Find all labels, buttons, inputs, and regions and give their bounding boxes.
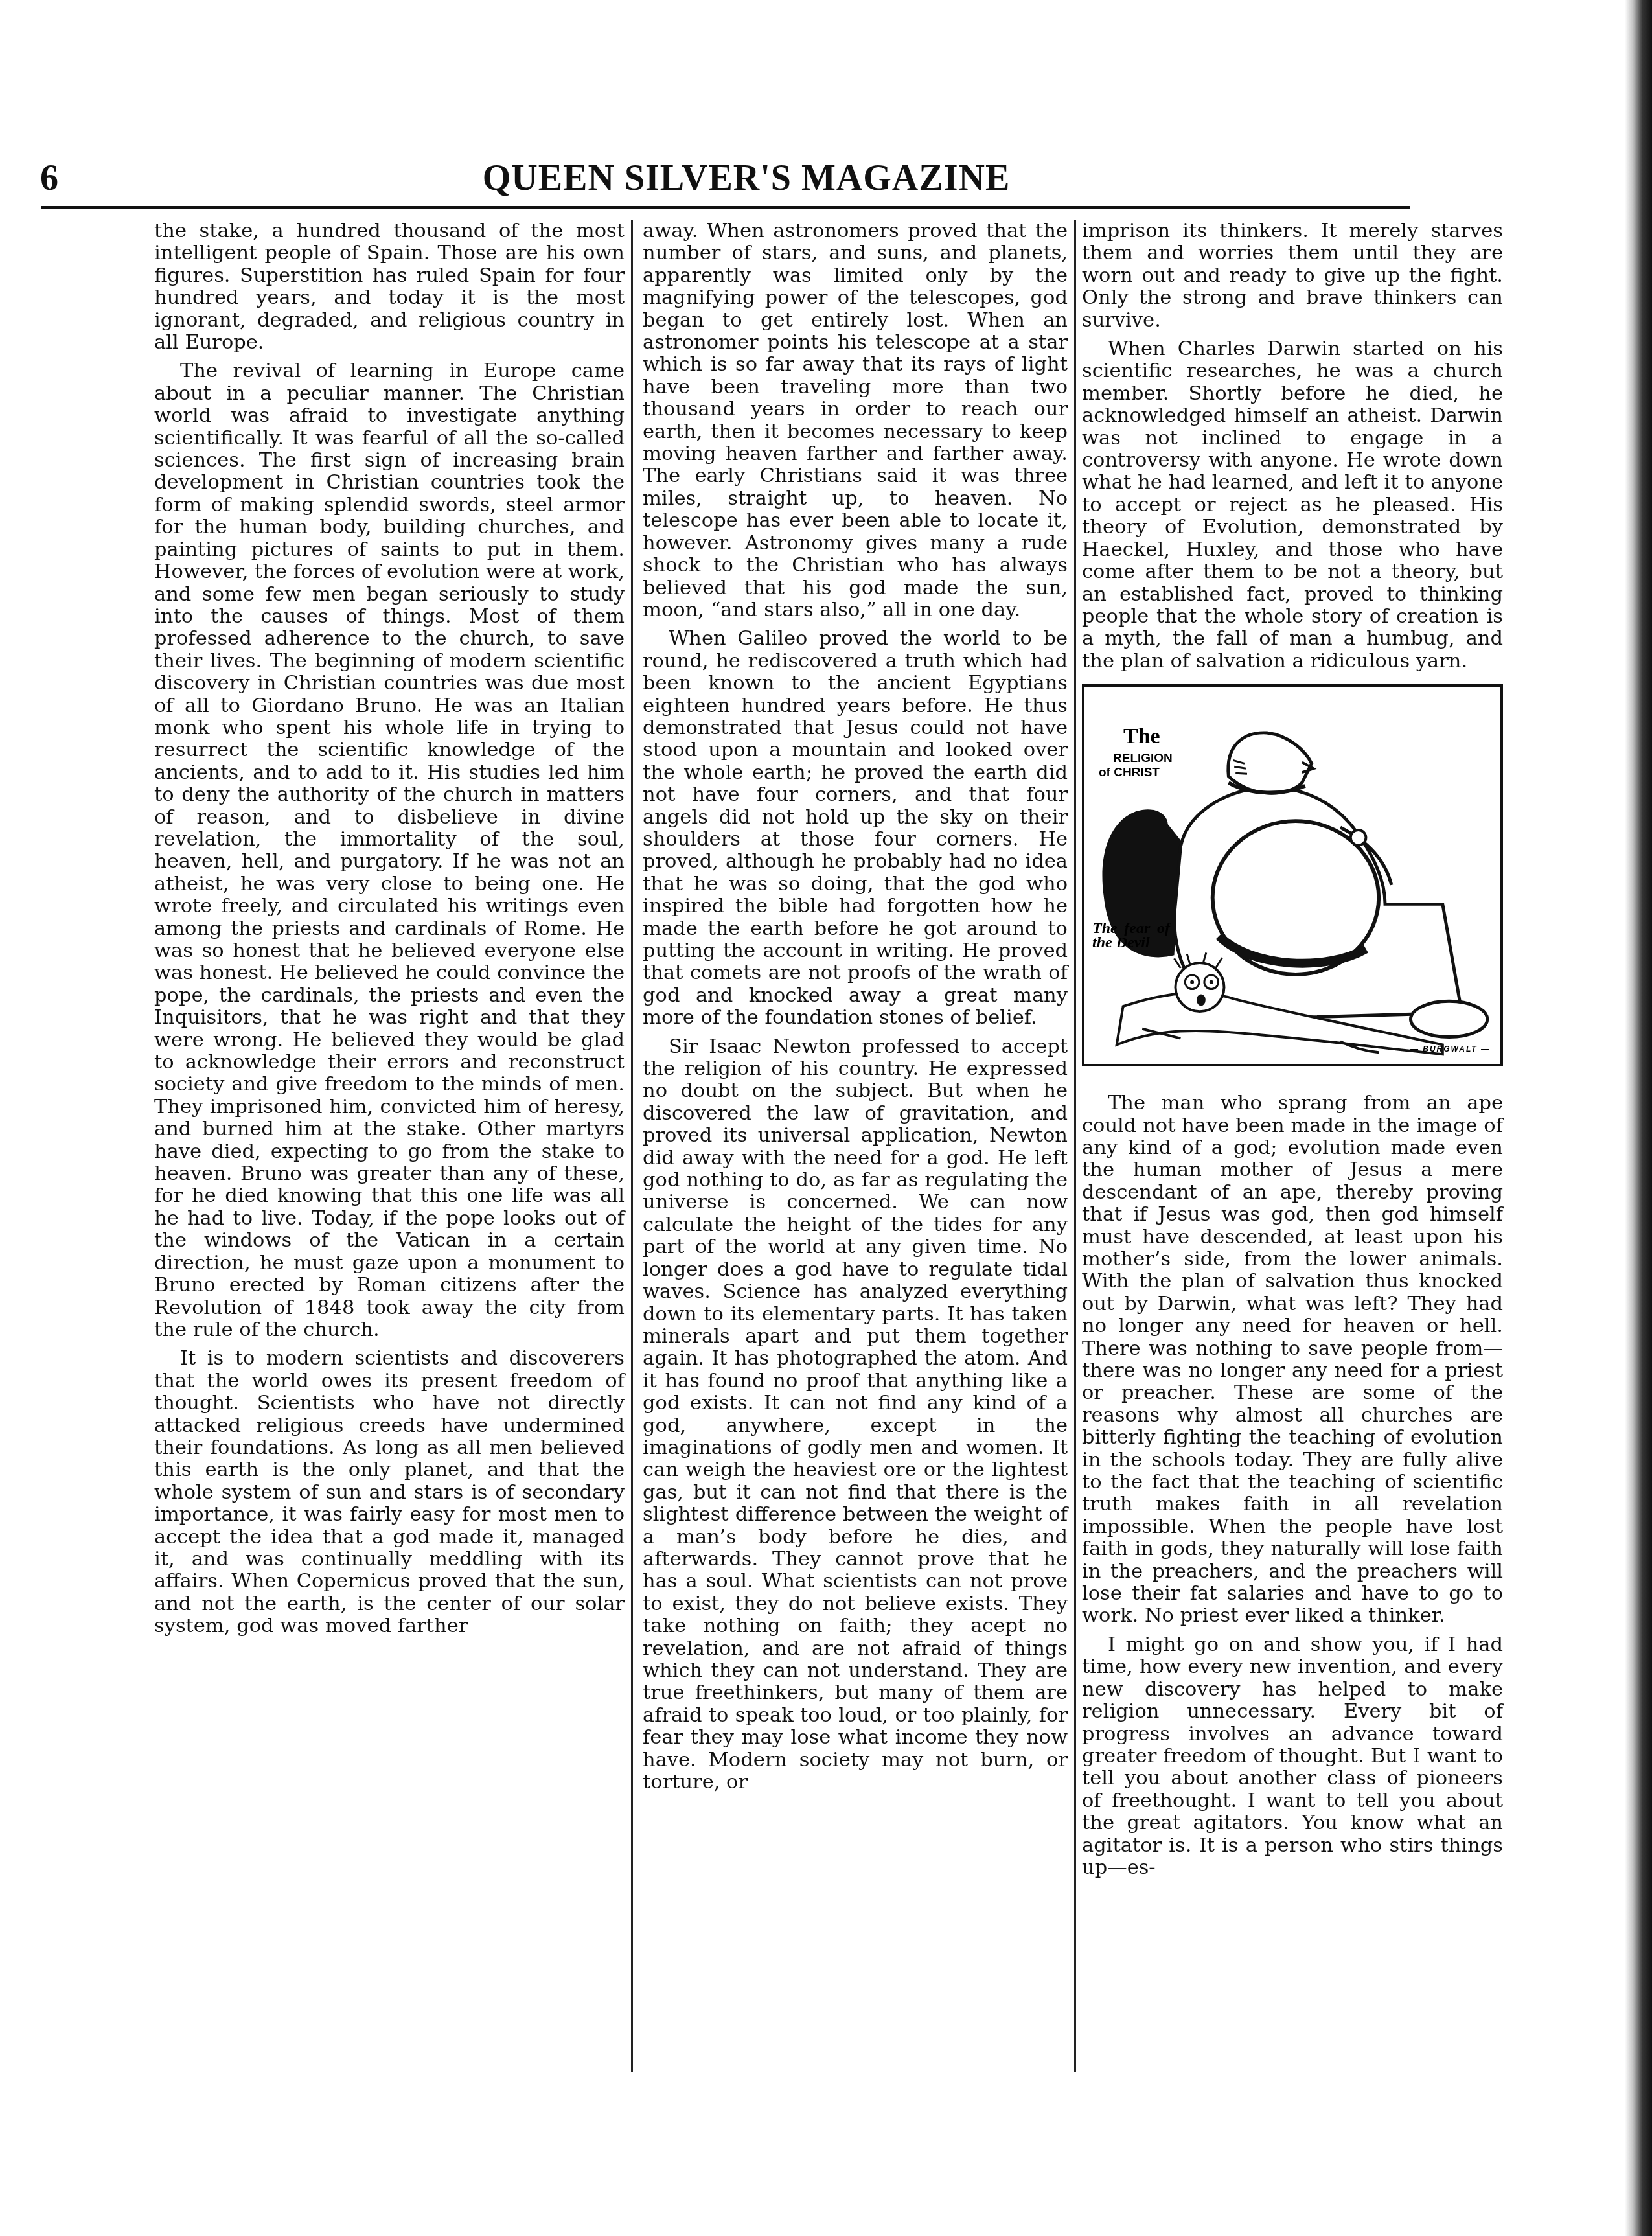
paragraph: The man who sprang from an ape could not…: [1082, 1092, 1503, 1628]
column-1: the stake, a hundred thousand of the mos…: [154, 220, 625, 1644]
paragraph: When Galileo proved the world to be roun…: [643, 628, 1068, 1029]
editorial-cartoon: The RELIGION of CHRIST The fear of the D…: [1082, 684, 1503, 1066]
magazine-title: QUEEN SILVER'S MAGAZINE: [40, 157, 1452, 200]
column-divider: [1074, 220, 1076, 2072]
cartoon-caption-fear-of-devil: The fear of the Devil: [1092, 921, 1170, 950]
paragraph: It is to modern scientists and discovere…: [154, 1348, 625, 1637]
cartoon-artist-signature: — BURGWALT —: [1410, 1038, 1490, 1060]
paragraph: I might go on and show you, if I had tim…: [1082, 1634, 1503, 1879]
paragraph: away. When astronomers proved that the n…: [643, 220, 1068, 621]
paragraph: The revival of learning in Europe came a…: [154, 360, 625, 1341]
paragraph: the stake, a hundred thousand of the mos…: [154, 220, 625, 354]
header-rule: [41, 206, 1410, 209]
scanned-page-edge-shadow: [1625, 0, 1652, 2236]
cartoon-caption-of-christ: of CHRIST: [1099, 762, 1160, 784]
page-header: 6 QUEEN SILVER'S MAGAZINE: [40, 157, 1452, 200]
column-divider: [631, 220, 633, 2072]
cartoon-caption-the: The: [1123, 726, 1160, 748]
paragraph: imprison its thinkers. It merely starves…: [1082, 220, 1503, 332]
paragraph: Sir Isaac Newton professed to accept the…: [643, 1036, 1068, 1794]
paragraph: When Charles Darwin started on his scien…: [1082, 338, 1503, 673]
column-3: imprison its thinkers. It merely starves…: [1082, 220, 1503, 1885]
column-2: away. When astronomers proved that the n…: [643, 220, 1068, 1800]
